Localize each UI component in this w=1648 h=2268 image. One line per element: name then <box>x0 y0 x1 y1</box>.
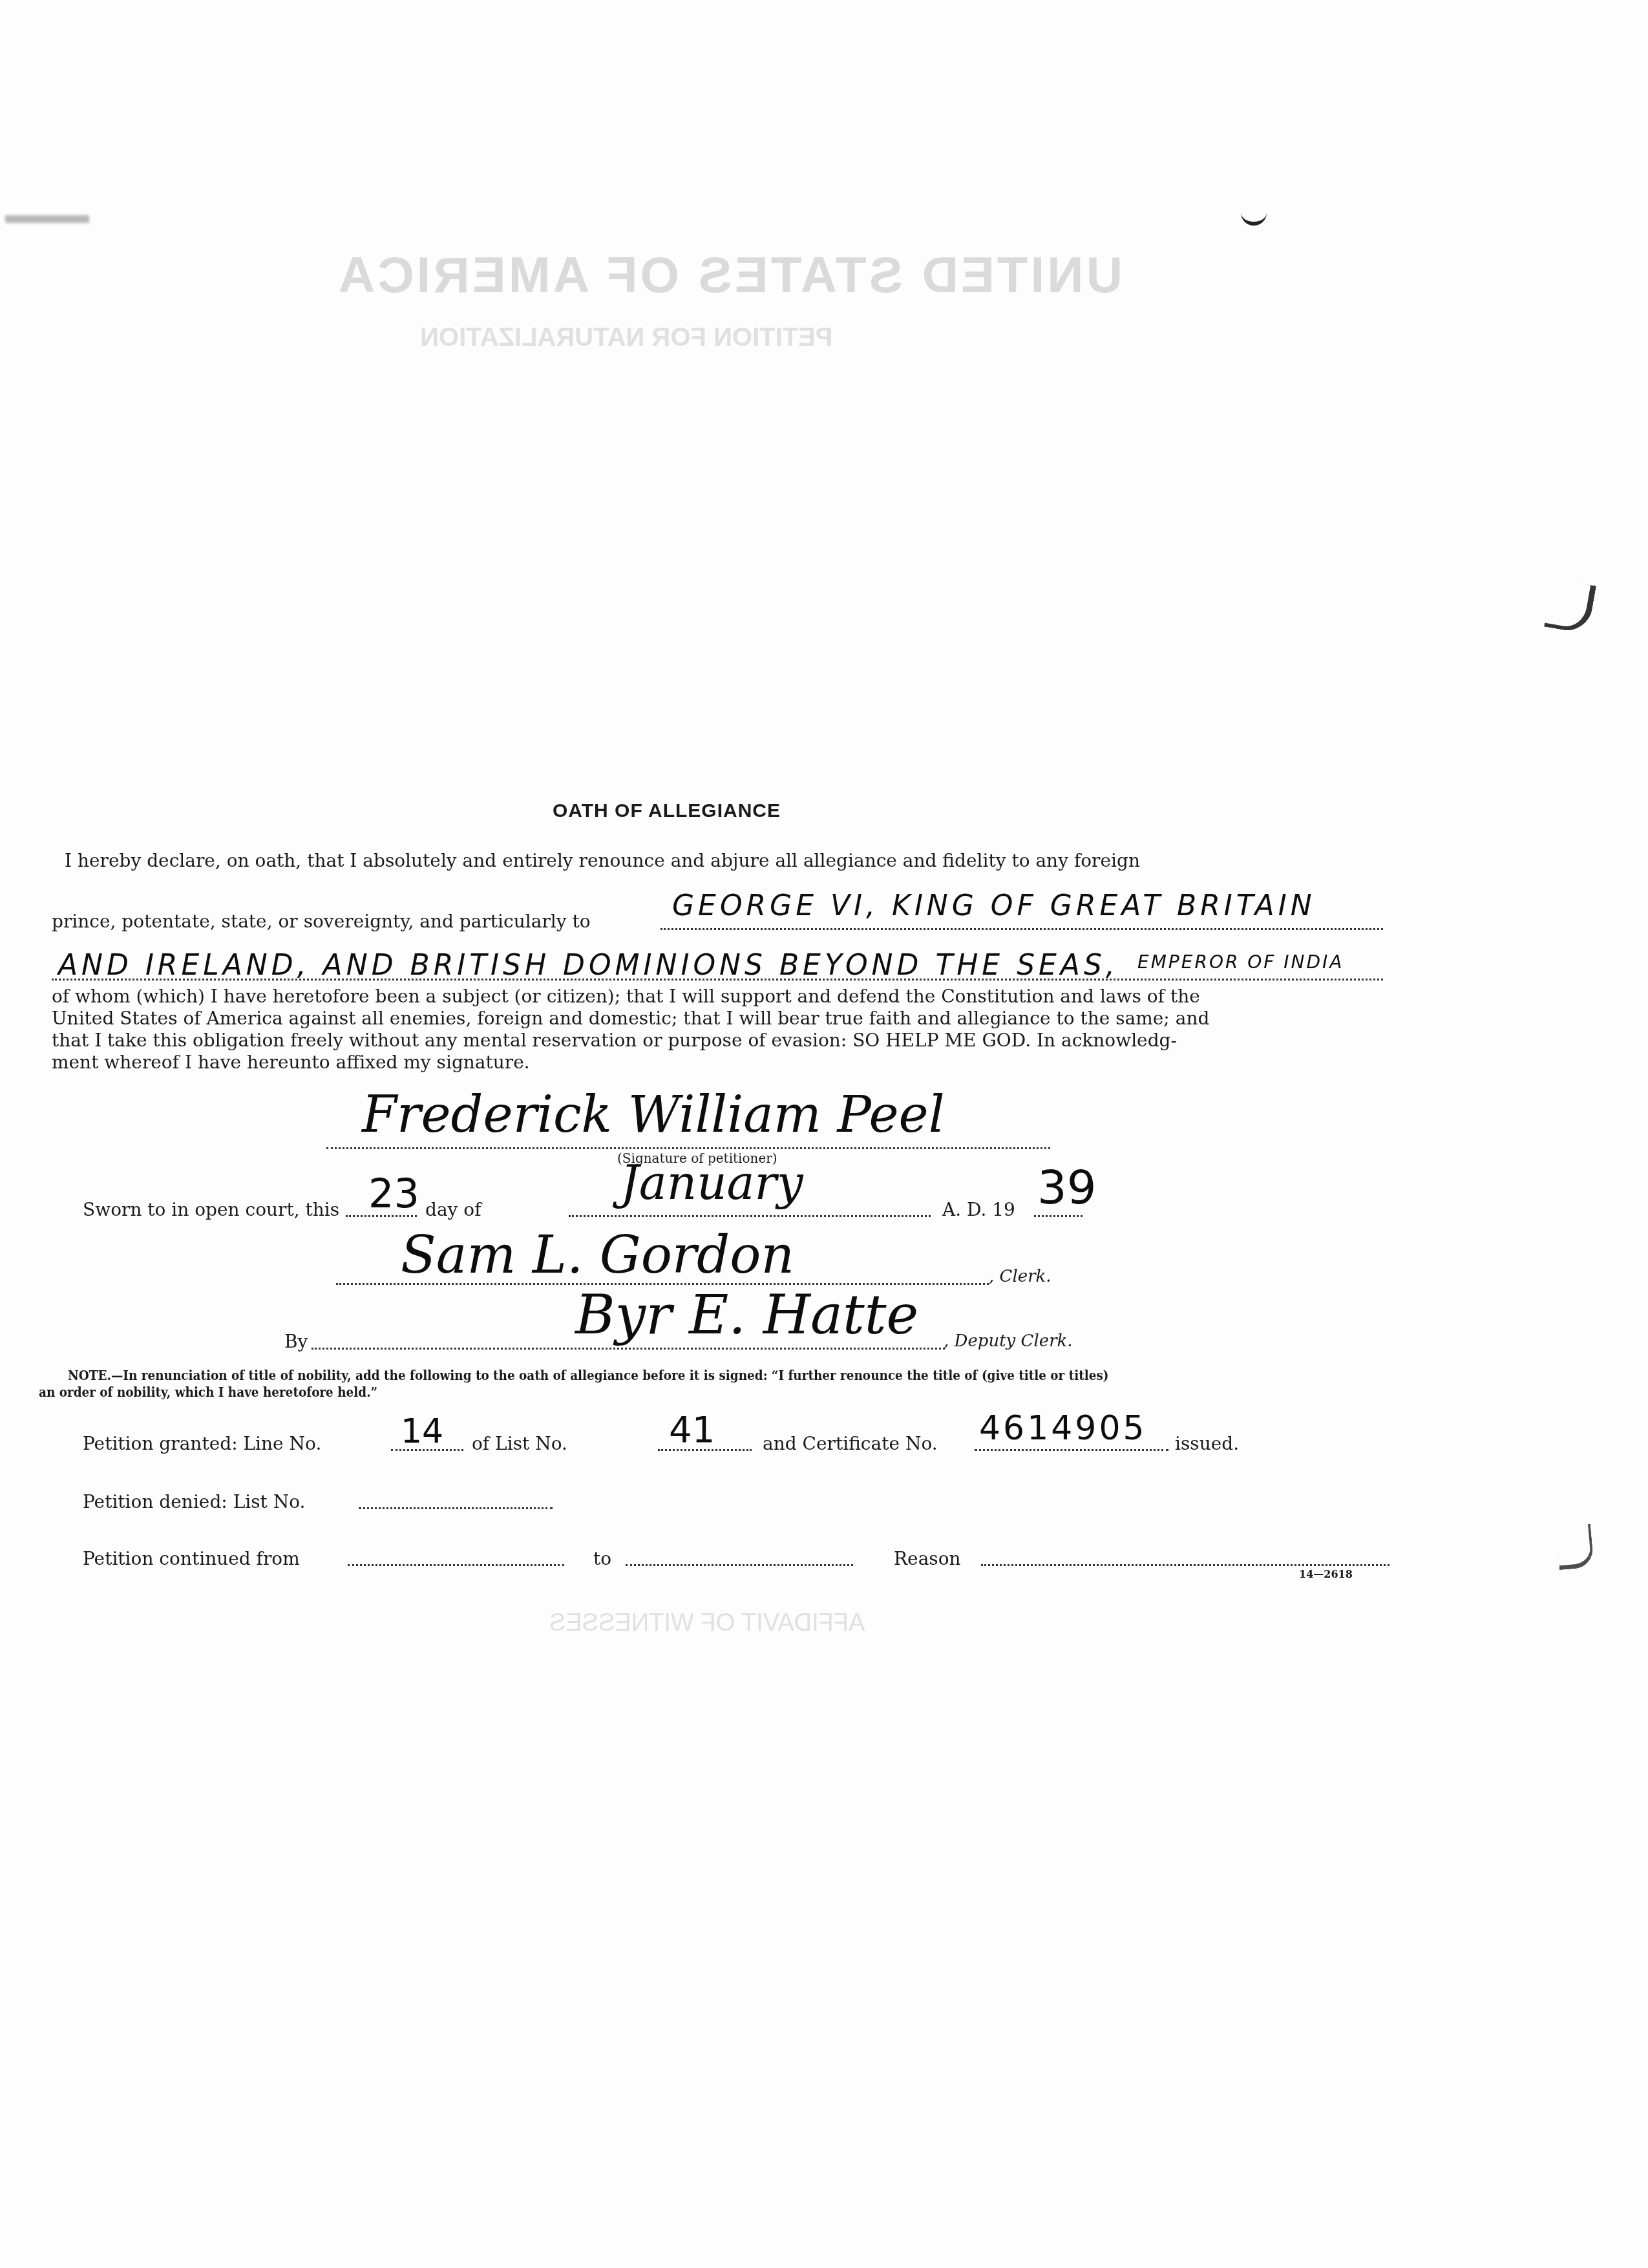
bleed-through-lower: AFFIDAVIT OF WITNESSES <box>549 1609 865 1637</box>
oath-line-4: United States of America against all ene… <box>52 1010 1209 1028</box>
nobility-note-line-2: an order of nobility, which I have heret… <box>39 1386 377 1399</box>
oath-line-2-prefix: prince, potentate, state, or sovereignty… <box>52 913 591 931</box>
petitioner-signature: Frederick William Peel <box>362 1086 945 1144</box>
scan-smudge <box>5 215 89 223</box>
nobility-note-line-1: NOTE.—In renunciation of title of nobili… <box>68 1369 1108 1382</box>
bleed-through-header: UNITED STATES OF AMERICA <box>336 246 1123 304</box>
clerk-signature: Sam L. Gordon <box>401 1225 794 1285</box>
sworn-year-line <box>1034 1215 1083 1217</box>
certificate-no-value: 4614905 <box>979 1409 1147 1448</box>
page-title: OATH OF ALLEGIANCE <box>553 800 781 822</box>
petition-granted-label: Petition granted: Line No. <box>83 1435 321 1453</box>
oath-line-1: I hereby declare, on oath, that I absolu… <box>65 852 1140 870</box>
certificate-no-label: and Certificate No. <box>763 1435 938 1453</box>
sovereign-field-insert: EMPEROR OF INDIA <box>1137 951 1344 973</box>
sovereign-field-value-1: GEORGE VI, KING OF GREAT BRITAIN <box>672 889 1316 922</box>
reason-field <box>981 1564 1389 1566</box>
petition-denied-label: Petition denied: List No. <box>83 1493 306 1511</box>
scan-mark-top <box>1241 210 1267 226</box>
deputy-clerk-label: , Deputy Clerk. <box>944 1333 1073 1350</box>
certificate-no-line <box>975 1449 1168 1451</box>
line-no-value: 14 <box>401 1412 443 1451</box>
scan-mark-right-lower <box>1556 1524 1594 1570</box>
form-number: 14—2618 <box>1299 1569 1353 1580</box>
sworn-ad-label: A. D. 19 <box>942 1201 1015 1219</box>
oath-line-3: of whom (which) I have heretofore been a… <box>52 988 1200 1006</box>
scan-mark-right <box>1544 578 1596 635</box>
list-no-label: of List No. <box>472 1435 567 1453</box>
continued-from-field <box>348 1564 564 1566</box>
issued-label: issued. <box>1175 1435 1239 1453</box>
sovereign-field-value-2: AND IRELAND, AND BRITISH DOMINIONS BEYON… <box>58 949 1119 982</box>
sovereign-field-line-1 <box>660 928 1383 930</box>
oath-line-6: ment whereof I have hereunto affixed my … <box>52 1054 530 1072</box>
sworn-day-of-label: day of <box>425 1201 481 1219</box>
sworn-month-value: January <box>620 1156 803 1210</box>
reason-label: Reason <box>894 1550 961 1568</box>
sworn-label: Sworn to in open court, this <box>83 1201 339 1219</box>
sworn-year-value: 39 <box>1037 1160 1097 1214</box>
oath-line-5: that I take this obligation freely witho… <box>52 1032 1177 1050</box>
continued-to-field <box>626 1564 853 1566</box>
petition-continued-label: Petition continued from <box>83 1550 300 1568</box>
deputy-by-label: By <box>284 1333 308 1351</box>
continued-to-label: to <box>593 1550 611 1568</box>
document-page: UNITED STATES OF AMERICA PETITION FOR NA… <box>0 0 1648 2268</box>
list-no-value: 41 <box>669 1409 715 1451</box>
sworn-month-line <box>569 1215 931 1217</box>
deputy-signature-line <box>312 1348 945 1350</box>
sworn-day-value: 23 <box>368 1170 419 1217</box>
bleed-through-subheader: PETITION FOR NATURALIZATION <box>420 323 832 352</box>
clerk-label: , Clerk. <box>989 1268 1051 1285</box>
deputy-clerk-signature: Byr E. Hatte <box>575 1283 918 1346</box>
signature-line <box>326 1147 1050 1149</box>
denied-list-no-field <box>359 1507 553 1509</box>
